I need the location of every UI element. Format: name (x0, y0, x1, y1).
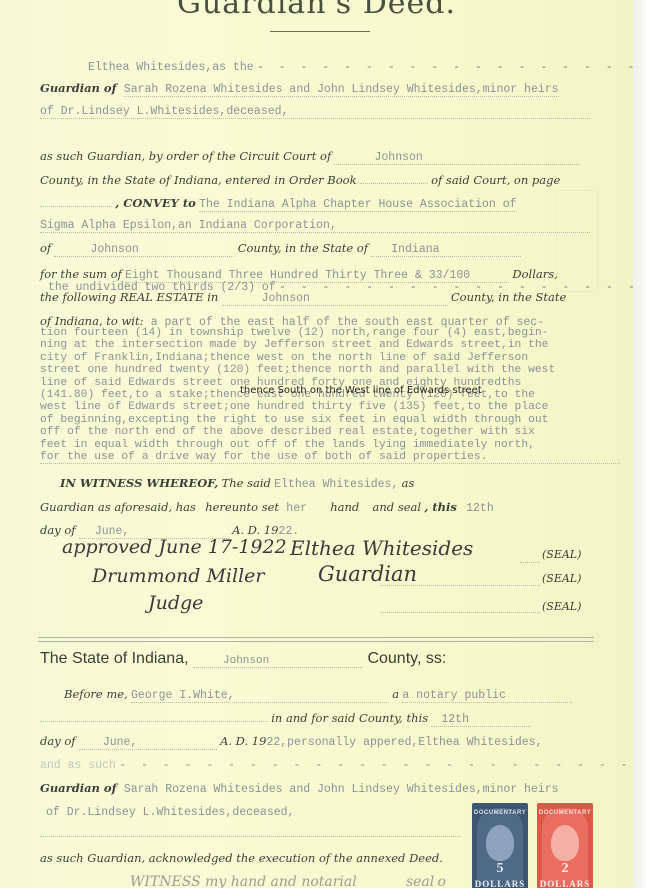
guardian-of-line: Guardian of Sarah Rozena Whitesides and … (40, 80, 600, 98)
as-label: as (402, 476, 415, 490)
witness-name: Elthea Whitesides, (274, 478, 398, 491)
witness-day: 12th (466, 502, 494, 515)
state-label: The State of Indiana, (40, 650, 189, 667)
stamp-value: 5 (472, 861, 528, 877)
judge-title-handwritten: Judge (148, 592, 203, 614)
and-as-such-line: and as such - - - - - - - - - - - - - - … (40, 756, 600, 774)
hand-label: hand (330, 500, 359, 514)
before-me-label: Before me, (64, 687, 128, 701)
court-order-line: as such Guardian, by order of the Circui… (40, 148, 600, 166)
seal-label: and seal (373, 500, 422, 514)
portrait-icon (551, 825, 579, 861)
legal-line: off of the north end of the above descri… (40, 426, 620, 438)
fill-dashes: - - - - - - - - - - - - - - - - - - - - … (257, 61, 633, 74)
legal-line: tion fourteen (14) in township twelve (1… (40, 327, 620, 339)
ack-minors: Sarah Rozena Whitesides and John Lindsey… (124, 783, 559, 796)
pronoun: her (286, 502, 307, 515)
heirs-of-text: of Dr.Lindsey L.Whitesides,deceased, (40, 105, 590, 119)
legal-line: city of Franklin,Indiana;thence west on … (40, 352, 620, 364)
handwritten-insert: thence South on the West line of Edwards… (240, 385, 482, 396)
seal-line (380, 584, 540, 586)
guardian-title-handwritten: Guardian (318, 562, 417, 586)
estate-county: Johnson (222, 292, 448, 306)
aforesaid-line: Guardian as aforesaid, has hereunto set … (40, 499, 600, 517)
grantee-state: Indiana (371, 243, 521, 257)
ack-county: Johnson (193, 655, 363, 668)
notary-label-a: a (392, 687, 399, 701)
portrait-icon (486, 825, 514, 861)
stamp-value: 2 (537, 861, 593, 877)
section-divider (38, 637, 594, 642)
hereunto-label: hereunto set (205, 500, 279, 514)
county-state-label-2: County, in the State (451, 290, 566, 304)
grantor-text: Elthea Whitesides,as the (88, 61, 254, 74)
legal-line: west line of Edwards street;one hundred … (40, 401, 620, 413)
county-state-label: County, in the State of (238, 241, 368, 255)
ack-heirs-of: of Dr.Lindsey L.Whitesides,deceased, (46, 806, 294, 819)
guardian-of-label: Guardian of (40, 81, 117, 95)
minors-names: Sarah Rozena Whitesides and John Lindsey… (124, 83, 559, 97)
revenue-stamp-2-dollars: DOCUMENTARY 2 DOLLARS (537, 803, 593, 888)
legal-line: of beginning,excepting the right to use … (40, 414, 620, 426)
guardian-signature: Elthea Whitesides (290, 536, 473, 560)
grantor-line: Elthea Whitesides,as the - - - - - - - -… (40, 58, 600, 76)
heirs-of-line: of Dr.Lindsey L.Whitesides,deceased, (40, 102, 600, 120)
ack-ad-label: A. D. 19 (220, 734, 266, 748)
blank-line (40, 835, 460, 837)
grantee-county: Johnson (54, 243, 234, 257)
ack-day-of-label: day of (40, 734, 76, 748)
grantee-county-line: of Johnson County, in the State of India… (40, 240, 600, 258)
court-county: Johnson (334, 151, 579, 165)
title-rule (270, 31, 370, 32)
seal-1: (SEAL) (542, 548, 581, 561)
acknowledgment-text: as such Guardian, acknowledged the execu… (40, 851, 443, 865)
stamp-label: DOCUMENTARY (537, 810, 593, 816)
ack-guardian-of-label: Guardian of (40, 781, 117, 795)
notary-name: George I.White, (131, 689, 389, 703)
document-title: Guardian's Deed. (0, 0, 633, 21)
deed-page: Guardian's Deed. Elthea Whitesides,as th… (0, 0, 633, 888)
aforesaid-label: Guardian as aforesaid, has (40, 500, 196, 514)
approval-signature: approved June 17-1922 (62, 536, 287, 558)
ad-label: A. D. 19 (232, 523, 278, 537)
notary-label: a notary public (402, 689, 572, 703)
seal-line (380, 611, 540, 613)
before-me-line: Before me, George I.White, a a notary pu… (40, 686, 600, 704)
in-county-label: in and for said County, this (271, 711, 428, 725)
seal-2: (SEAL) (542, 572, 581, 585)
page-edge (633, 0, 646, 888)
legal-line: for the use of a drive way for the use o… (40, 451, 620, 464)
stamp-unit: DOLLARS (472, 879, 528, 888)
county-ss-label: County, ss: (367, 650, 446, 667)
ack-year: 22 (266, 736, 280, 749)
order-book-label: County, in the State of Indiana, entered… (40, 173, 357, 187)
notarial-witness-text: WITNESS my hand and notarial (130, 874, 357, 888)
order-book-line: County, in the State of Indiana, entered… (40, 172, 600, 190)
stamp-unit: DOLLARS (537, 879, 593, 888)
revenue-stamp-5-dollars: DOCUMENTARY 5 DOLLARS (472, 803, 528, 888)
judge-signature: Drummond Miller (92, 565, 264, 587)
legal-line: feet in equal width through out off of t… (40, 439, 620, 451)
ack-month: June, (79, 736, 217, 750)
legal-line: ning at the intersection made by Jeffers… (40, 339, 620, 351)
to-wit-label: of Indiana, to wit: (40, 314, 143, 328)
blank (40, 721, 268, 722)
this-label: , this (424, 500, 457, 514)
appeared-text: ,personally appered,Elthea Whitesides, (280, 736, 542, 749)
fill-dashes: - - - - - - - - - - - - - - - - - - - - … (119, 759, 633, 772)
real-estate-label: the following REAL ESTATE in (40, 290, 218, 304)
day-of-label: day of (40, 523, 76, 537)
said-court-label: of said Court, on page (431, 173, 560, 187)
of-label: of (40, 241, 51, 255)
legal-line: street one hundred twenty (120) feet;the… (40, 364, 620, 376)
grantee-line-1: The Indiana Alpha Chapter House Associat… (199, 198, 516, 212)
ack-guardian-of-line: Guardian of Sarah Rozena Whitesides and … (40, 780, 600, 798)
real-estate-line: the following REAL ESTATE in Johnson Cou… (40, 289, 600, 307)
convey-label: , CONVEY to (115, 196, 196, 210)
notarial-seal-partial: o (438, 874, 446, 888)
and-as-such: and as such (40, 759, 116, 772)
court-order-label: as such Guardian, by order of the Circui… (40, 149, 331, 163)
ack-date-line: day of June, A. D. 1922,personally apper… (40, 733, 600, 751)
witness-line: IN WITNESS WHEREOF, The said Elthea Whit… (40, 475, 600, 493)
state-heading: The State of Indiana, Johnson County, ss… (40, 650, 446, 668)
order-book-blank (360, 183, 428, 184)
grantee-line-2-row: Sigma Alpha Epsilon,an Indiana Corporati… (40, 216, 600, 234)
witness-lead: IN WITNESS WHEREOF, (60, 476, 218, 490)
convey-line: , CONVEY to The Indiana Alpha Chapter Ho… (40, 195, 600, 213)
in-county-line: in and for said County, this 12th (40, 710, 600, 728)
ack-day: 12th (431, 713, 531, 727)
stamp-label: DOCUMENTARY (472, 810, 528, 816)
page-blank (40, 206, 112, 207)
notarial-seal-text: seal (406, 874, 434, 888)
said-label: The said (222, 476, 271, 490)
seal-line (520, 561, 540, 563)
grantee-line-2: Sigma Alpha Epsilon,an Indiana Corporati… (40, 219, 590, 233)
seal-3: (SEAL) (542, 600, 581, 613)
